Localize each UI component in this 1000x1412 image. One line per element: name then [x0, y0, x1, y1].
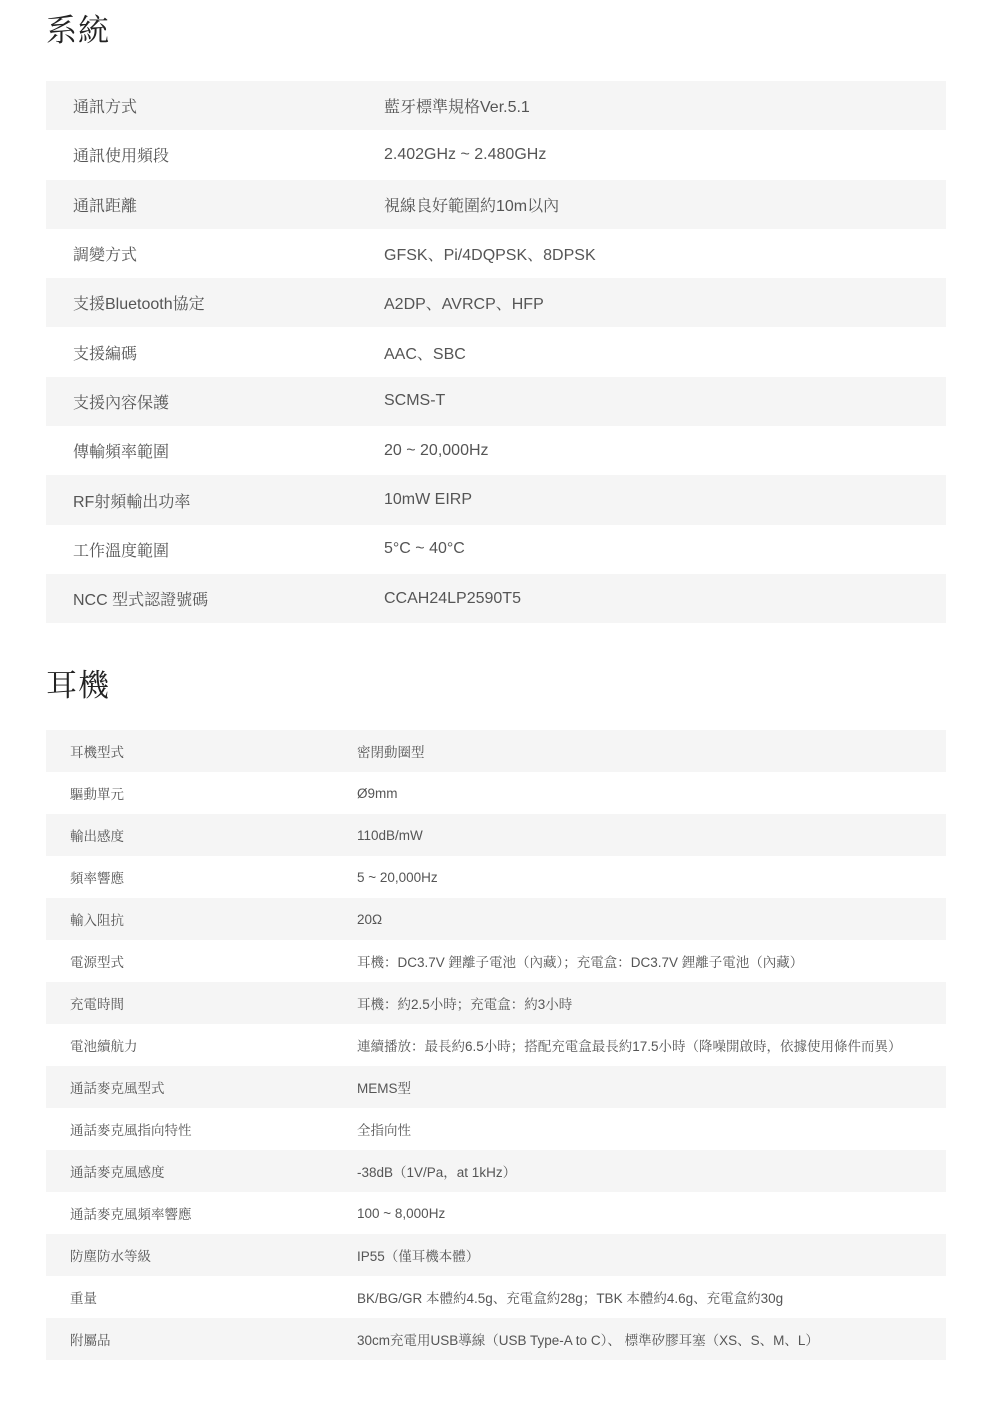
spec-label: 工作溫度範圍 [46, 538, 384, 561]
spec-row: 通訊方式藍牙標準規格Ver.5.1 [46, 81, 946, 130]
spec-row: 支援內容保護SCMS-T [46, 377, 946, 426]
spec-row: 通訊距離視線良好範圍約10m以內 [46, 180, 946, 229]
spec-row: 調變方式GFSK、Pi/4DQPSK、8DPSK [46, 229, 946, 278]
spec-label: 耳機型式 [46, 741, 357, 761]
spec-value: 20Ω [357, 912, 946, 927]
spec-value: -38dB（1V/Pa，at 1kHz） [357, 1161, 946, 1181]
spec-value: GFSK、Pi/4DQPSK、8DPSK [384, 242, 946, 265]
spec-label: 防塵防水等級 [46, 1245, 357, 1265]
spec-row: 輸出感度110dB/mW [46, 814, 946, 856]
spec-value: BK/BG/GR 本體約4.5g、充電盒約28g；TBK 本體約4.6g、充電盒… [357, 1287, 946, 1307]
section-title-system: 系統 [46, 13, 110, 49]
spec-row: 防塵防水等級IP55（僅耳機本體） [46, 1234, 946, 1276]
spec-label: 電池續航力 [46, 1035, 357, 1055]
spec-row: 通訊使用頻段2.402GHz ~ 2.480GHz [46, 130, 946, 179]
spec-value: AAC、SBC [384, 341, 946, 364]
spec-label: 頻率響應 [46, 867, 357, 887]
spec-label: 通話麥克風頻率響應 [46, 1203, 357, 1223]
spec-value: 5°C ~ 40°C [384, 540, 946, 558]
spec-value: 2.402GHz ~ 2.480GHz [384, 146, 946, 164]
spec-value: 110dB/mW [357, 828, 946, 843]
spec-label: 通話麥克風指向特性 [46, 1119, 357, 1139]
spec-row: 工作溫度範圍5°C ~ 40°C [46, 525, 946, 574]
spec-label: NCC 型式認證號碼 [46, 587, 384, 610]
spec-label: 通訊方式 [46, 94, 384, 117]
spec-label: 通訊使用頻段 [46, 143, 384, 166]
spec-row: 輸入阻抗20Ω [46, 898, 946, 940]
spec-row: 支援編碼AAC、SBC [46, 327, 946, 376]
spec-row: 支援Bluetooth協定A2DP、AVRCP、HFP [46, 278, 946, 327]
spec-row: 電源型式耳機：DC3.7V 鋰離子電池（內藏）；充電盒：DC3.7V 鋰離子電池… [46, 940, 946, 982]
earphone-spec-table: 耳機型式密閉動圈型 驅動單元Ø9mm 輸出感度110dB/mW 頻率響應5 ~ … [46, 730, 946, 1360]
spec-row: 通話麥克風頻率響應100 ~ 8,000Hz [46, 1192, 946, 1234]
spec-value: Ø9mm [357, 786, 946, 801]
spec-value: 30cm充電用USB導線（USB Type-A to C）、 標準矽膠耳塞（XS… [357, 1329, 946, 1349]
spec-value: 視線良好範圍約10m以內 [384, 193, 946, 216]
spec-label: 通話麥克風型式 [46, 1077, 357, 1097]
spec-value: IP55（僅耳機本體） [357, 1245, 946, 1265]
spec-row: 驅動單元Ø9mm [46, 772, 946, 814]
spec-row: 傳輸頻率範圍20 ~ 20,000Hz [46, 426, 946, 475]
spec-row: 通話麥克風型式MEMS型 [46, 1066, 946, 1108]
spec-row: 頻率響應5 ~ 20,000Hz [46, 856, 946, 898]
spec-label: 重量 [46, 1287, 357, 1307]
spec-value: 耳機：約2.5小時；充電盒：約3小時 [357, 993, 946, 1013]
spec-label: 充電時間 [46, 993, 357, 1013]
spec-label: 附屬品 [46, 1329, 357, 1349]
spec-row: 通話麥克風感度-38dB（1V/Pa，at 1kHz） [46, 1150, 946, 1192]
spec-value: 100 ~ 8,000Hz [357, 1206, 946, 1221]
spec-value: 耳機：DC3.7V 鋰離子電池（內藏）；充電盒：DC3.7V 鋰離子電池（內藏） [357, 951, 946, 971]
spec-row: 附屬品30cm充電用USB導線（USB Type-A to C）、 標準矽膠耳塞… [46, 1318, 946, 1360]
spec-row: 電池續航力連續播放：最長約6.5小時；搭配充電盒最長約17.5小時（降噪開啟時，… [46, 1024, 946, 1066]
spec-row: RF射頻輸出功率10mW EIRP [46, 475, 946, 524]
spec-value: 藍牙標準規格Ver.5.1 [384, 94, 946, 117]
spec-value: 20 ~ 20,000Hz [384, 442, 946, 460]
spec-value: CCAH24LP2590T5 [384, 590, 946, 608]
spec-label: 電源型式 [46, 951, 357, 971]
spec-label: 傳輸頻率範圍 [46, 439, 384, 462]
spec-value: 5 ~ 20,000Hz [357, 870, 946, 885]
spec-row: 耳機型式密閉動圈型 [46, 730, 946, 772]
spec-label: 輸出感度 [46, 825, 357, 845]
spec-label: 支援Bluetooth協定 [46, 291, 384, 314]
spec-value: SCMS-T [384, 392, 946, 410]
spec-value: A2DP、AVRCP、HFP [384, 291, 946, 314]
spec-value: 10mW EIRP [384, 491, 946, 509]
spec-row: NCC 型式認證號碼CCAH24LP2590T5 [46, 574, 946, 623]
spec-value: MEMS型 [357, 1077, 946, 1097]
spec-label: 通訊距離 [46, 193, 384, 216]
spec-label: RF射頻輸出功率 [46, 489, 384, 512]
spec-value: 全指向性 [357, 1119, 946, 1139]
spec-value: 密閉動圈型 [357, 741, 946, 761]
system-spec-table: 通訊方式藍牙標準規格Ver.5.1 通訊使用頻段2.402GHz ~ 2.480… [46, 81, 946, 623]
spec-label: 輸入阻抗 [46, 909, 357, 929]
spec-label: 支援編碼 [46, 341, 384, 364]
spec-label: 支援內容保護 [46, 390, 384, 413]
spec-value: 連續播放：最長約6.5小時；搭配充電盒最長約17.5小時（降噪開啟時，依據使用條… [357, 1035, 946, 1055]
spec-row: 充電時間耳機：約2.5小時；充電盒：約3小時 [46, 982, 946, 1024]
spec-label: 通話麥克風感度 [46, 1161, 357, 1181]
section-title-earphone: 耳機 [46, 668, 110, 704]
spec-row: 通話麥克風指向特性全指向性 [46, 1108, 946, 1150]
spec-row: 重量BK/BG/GR 本體約4.5g、充電盒約28g；TBK 本體約4.6g、充… [46, 1276, 946, 1318]
spec-label: 調變方式 [46, 242, 384, 265]
spec-label: 驅動單元 [46, 783, 357, 803]
